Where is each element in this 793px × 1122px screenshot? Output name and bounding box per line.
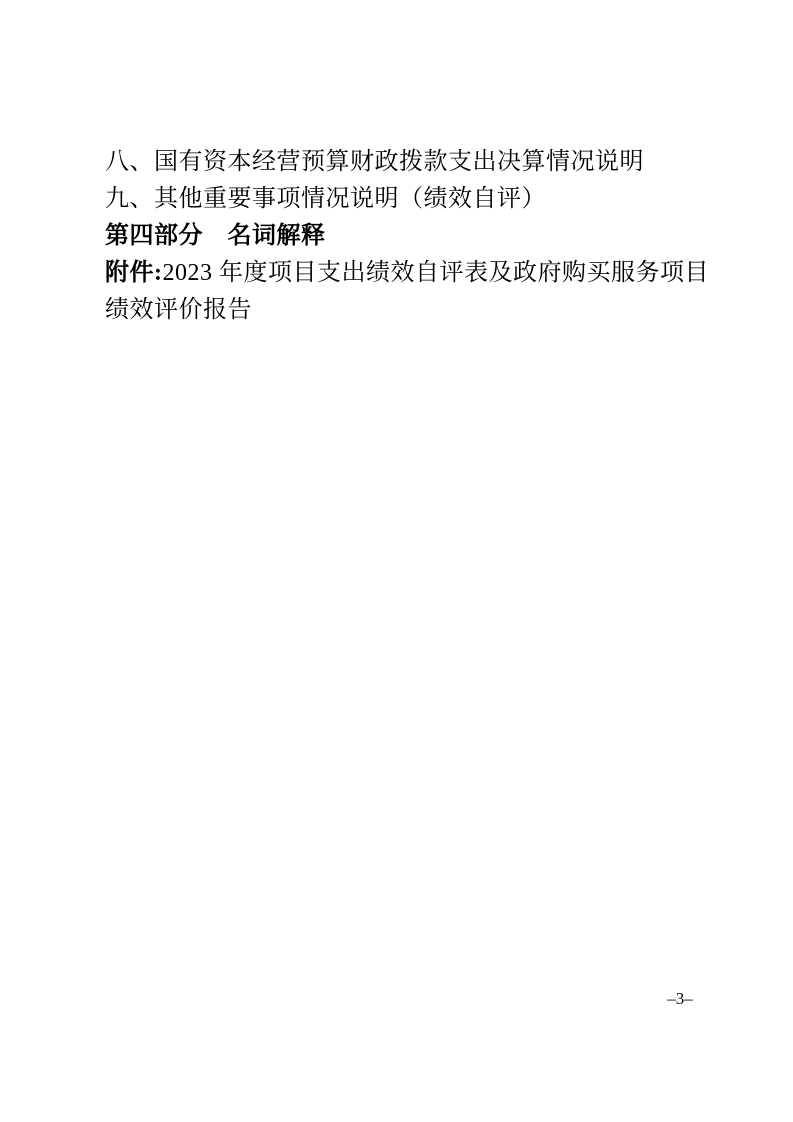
attachment-label: 附件: [105, 260, 163, 286]
attachment-line: 附件:2023 年度项目支出绩效自评表及政府购买服务项目 [105, 255, 705, 292]
document-page: 八、国有资本经营预算财政拨款支出决算情况说明 九、其他重要事项情况说明（绩效自评… [0, 0, 793, 1122]
attachment-text: 2023 年度项目支出绩效自评表及政府购买服务项目 [163, 260, 710, 286]
toc-item-9: 九、其他重要事项情况说明（绩效自评） [105, 181, 705, 218]
page-number: –3– [652, 988, 708, 1010]
text-block: 八、国有资本经营预算财政拨款支出决算情况说明 九、其他重要事项情况说明（绩效自评… [105, 144, 705, 329]
section-heading-part4: 第四部分 名词解释 [105, 218, 705, 255]
toc-item-8: 八、国有资本经营预算财政拨款支出决算情况说明 [105, 144, 705, 181]
attachment-text-continued: 绩效评价报告 [105, 292, 705, 329]
